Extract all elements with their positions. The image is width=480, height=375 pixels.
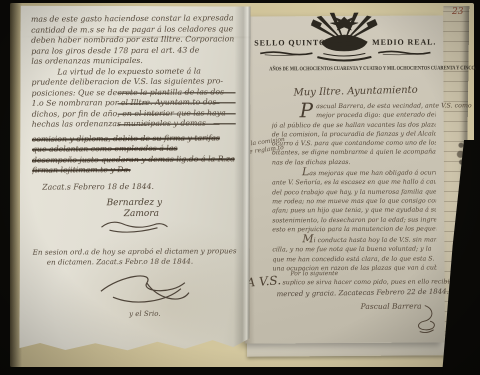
signature-flourish-icon	[97, 268, 197, 309]
manuscript-page: mas de este gasto haciendose constar la …	[19, 6, 250, 353]
manuscript-date-line: Zacat.s Febrero 18 de 1844.	[42, 181, 236, 193]
medio-real-label: MEDIO REAL.	[372, 38, 436, 47]
signature-flourish-icon	[413, 304, 439, 334]
approval-note: En sesion ord.a de hoy se aprobó el dict…	[33, 246, 237, 267]
handwritten-line: bitantes, se digne nombrarme á quien le …	[272, 148, 436, 158]
folio-number: 23	[452, 7, 463, 17]
archival-document-photo: 23 SELLO QUINTO. MEDIO REAL.	[0, 0, 480, 375]
handwritten-line: deben haber nombrado por esta Illtre. Co…	[31, 34, 235, 46]
year-line: AÑOS DE MIL OCHOCIENTOS CUARENTA Y CUATR…	[243, 65, 443, 72]
handwritten-line: mejor proceda digo: que enterado del avi…	[316, 111, 436, 121]
closing-line: suplico se sirva hacer como pido, pues e…	[283, 278, 457, 286]
handwritten-line: hechas las ordenanzas municipales y dema…	[32, 118, 236, 130]
year-line-text: AÑOS DE MIL OCHOCIENTOS CUARENTA Y CUATR…	[269, 65, 476, 72]
manuscript-paragraph-1: mas de este gasto haciendose constar la …	[31, 13, 235, 67]
manuscript-text: mas de este gasto haciendose constar la …	[31, 13, 237, 319]
drop-cap-initial: P	[300, 102, 314, 118]
salutation: Muy Iltre. Ayuntamiento	[293, 84, 435, 99]
handwritten-line: en dictamen. Zacat.s Febr.o 18 de 1844.	[47, 256, 237, 267]
handwritten-line: 1.o Se nombraran por el Illtre. Ayuntam.…	[32, 97, 236, 109]
handwritten-line: Las mejoras que me han obligado á ocurri…	[272, 167, 436, 179]
manuscript-paragraph-2: La virtud de lo expuesto somete á laprud…	[31, 66, 235, 130]
handwritten-line: comision y diploma, debito de su firma y…	[32, 133, 236, 145]
handwritten-line: desempeño justo quedaran y demas lig.do …	[32, 154, 236, 166]
sello-petition-page: SELLO QUINTO. MEDIO REAL.	[243, 15, 445, 343]
handwritten-line: afan; pues un hijo que tenia, y que me a…	[272, 206, 436, 216]
handwritten-line: Mi conducta hasta hoy la de V.S. sin man…	[272, 234, 436, 246]
handwritten-line: mas de este gasto haciendose constar la …	[31, 13, 235, 25]
handwritten-line: cilla, y no me fue nota que la buena vol…	[272, 245, 436, 255]
petition-paragraph-3: Mi conducta hasta hoy la de V.S. sin man…	[272, 234, 436, 274]
swash-underline-icon	[259, 50, 313, 56]
closing-line: Por lo siguiente	[290, 270, 338, 277]
closing-avs: A V.S.	[246, 273, 281, 290]
petition-body: Muy Iltre. Ayuntamiento Pascual Barrera,…	[272, 86, 437, 274]
signature-flourish-icon	[99, 219, 169, 233]
eagle-emblem-icon	[309, 12, 379, 64]
committee-signatures: Bernardez y Zamora	[32, 197, 236, 237]
petition-paragraph-1: mejor proceda digo: que enterado del avi…	[272, 111, 436, 168]
handwritten-line: ascual Barrera, de esta vecindad, ante V…	[316, 102, 472, 110]
struck-out-lines: comision y diploma, debito de su firma y…	[32, 133, 236, 176]
handwritten-line: firman lejitimam.te y Da.	[32, 164, 236, 176]
petition-paragraph-2: Las mejoras que me han obligado á ocurri…	[272, 167, 436, 235]
handwritten-line: prudente deliberacion de V.S. las siguie…	[31, 76, 235, 88]
clerk-note: y el Srio.	[129, 308, 237, 319]
signature-zamora: Zamora	[46, 208, 236, 220]
swash-underline-icon	[377, 50, 431, 56]
handwritten-line: ante V. Señoría, es la escasez en que me…	[272, 178, 436, 188]
closing-date-line: merced y gracia. Zacatecas Febrero 22 de…	[277, 288, 449, 299]
handwritten-line: En sesion ord.a de hoy se aprobó el dict…	[33, 246, 237, 257]
